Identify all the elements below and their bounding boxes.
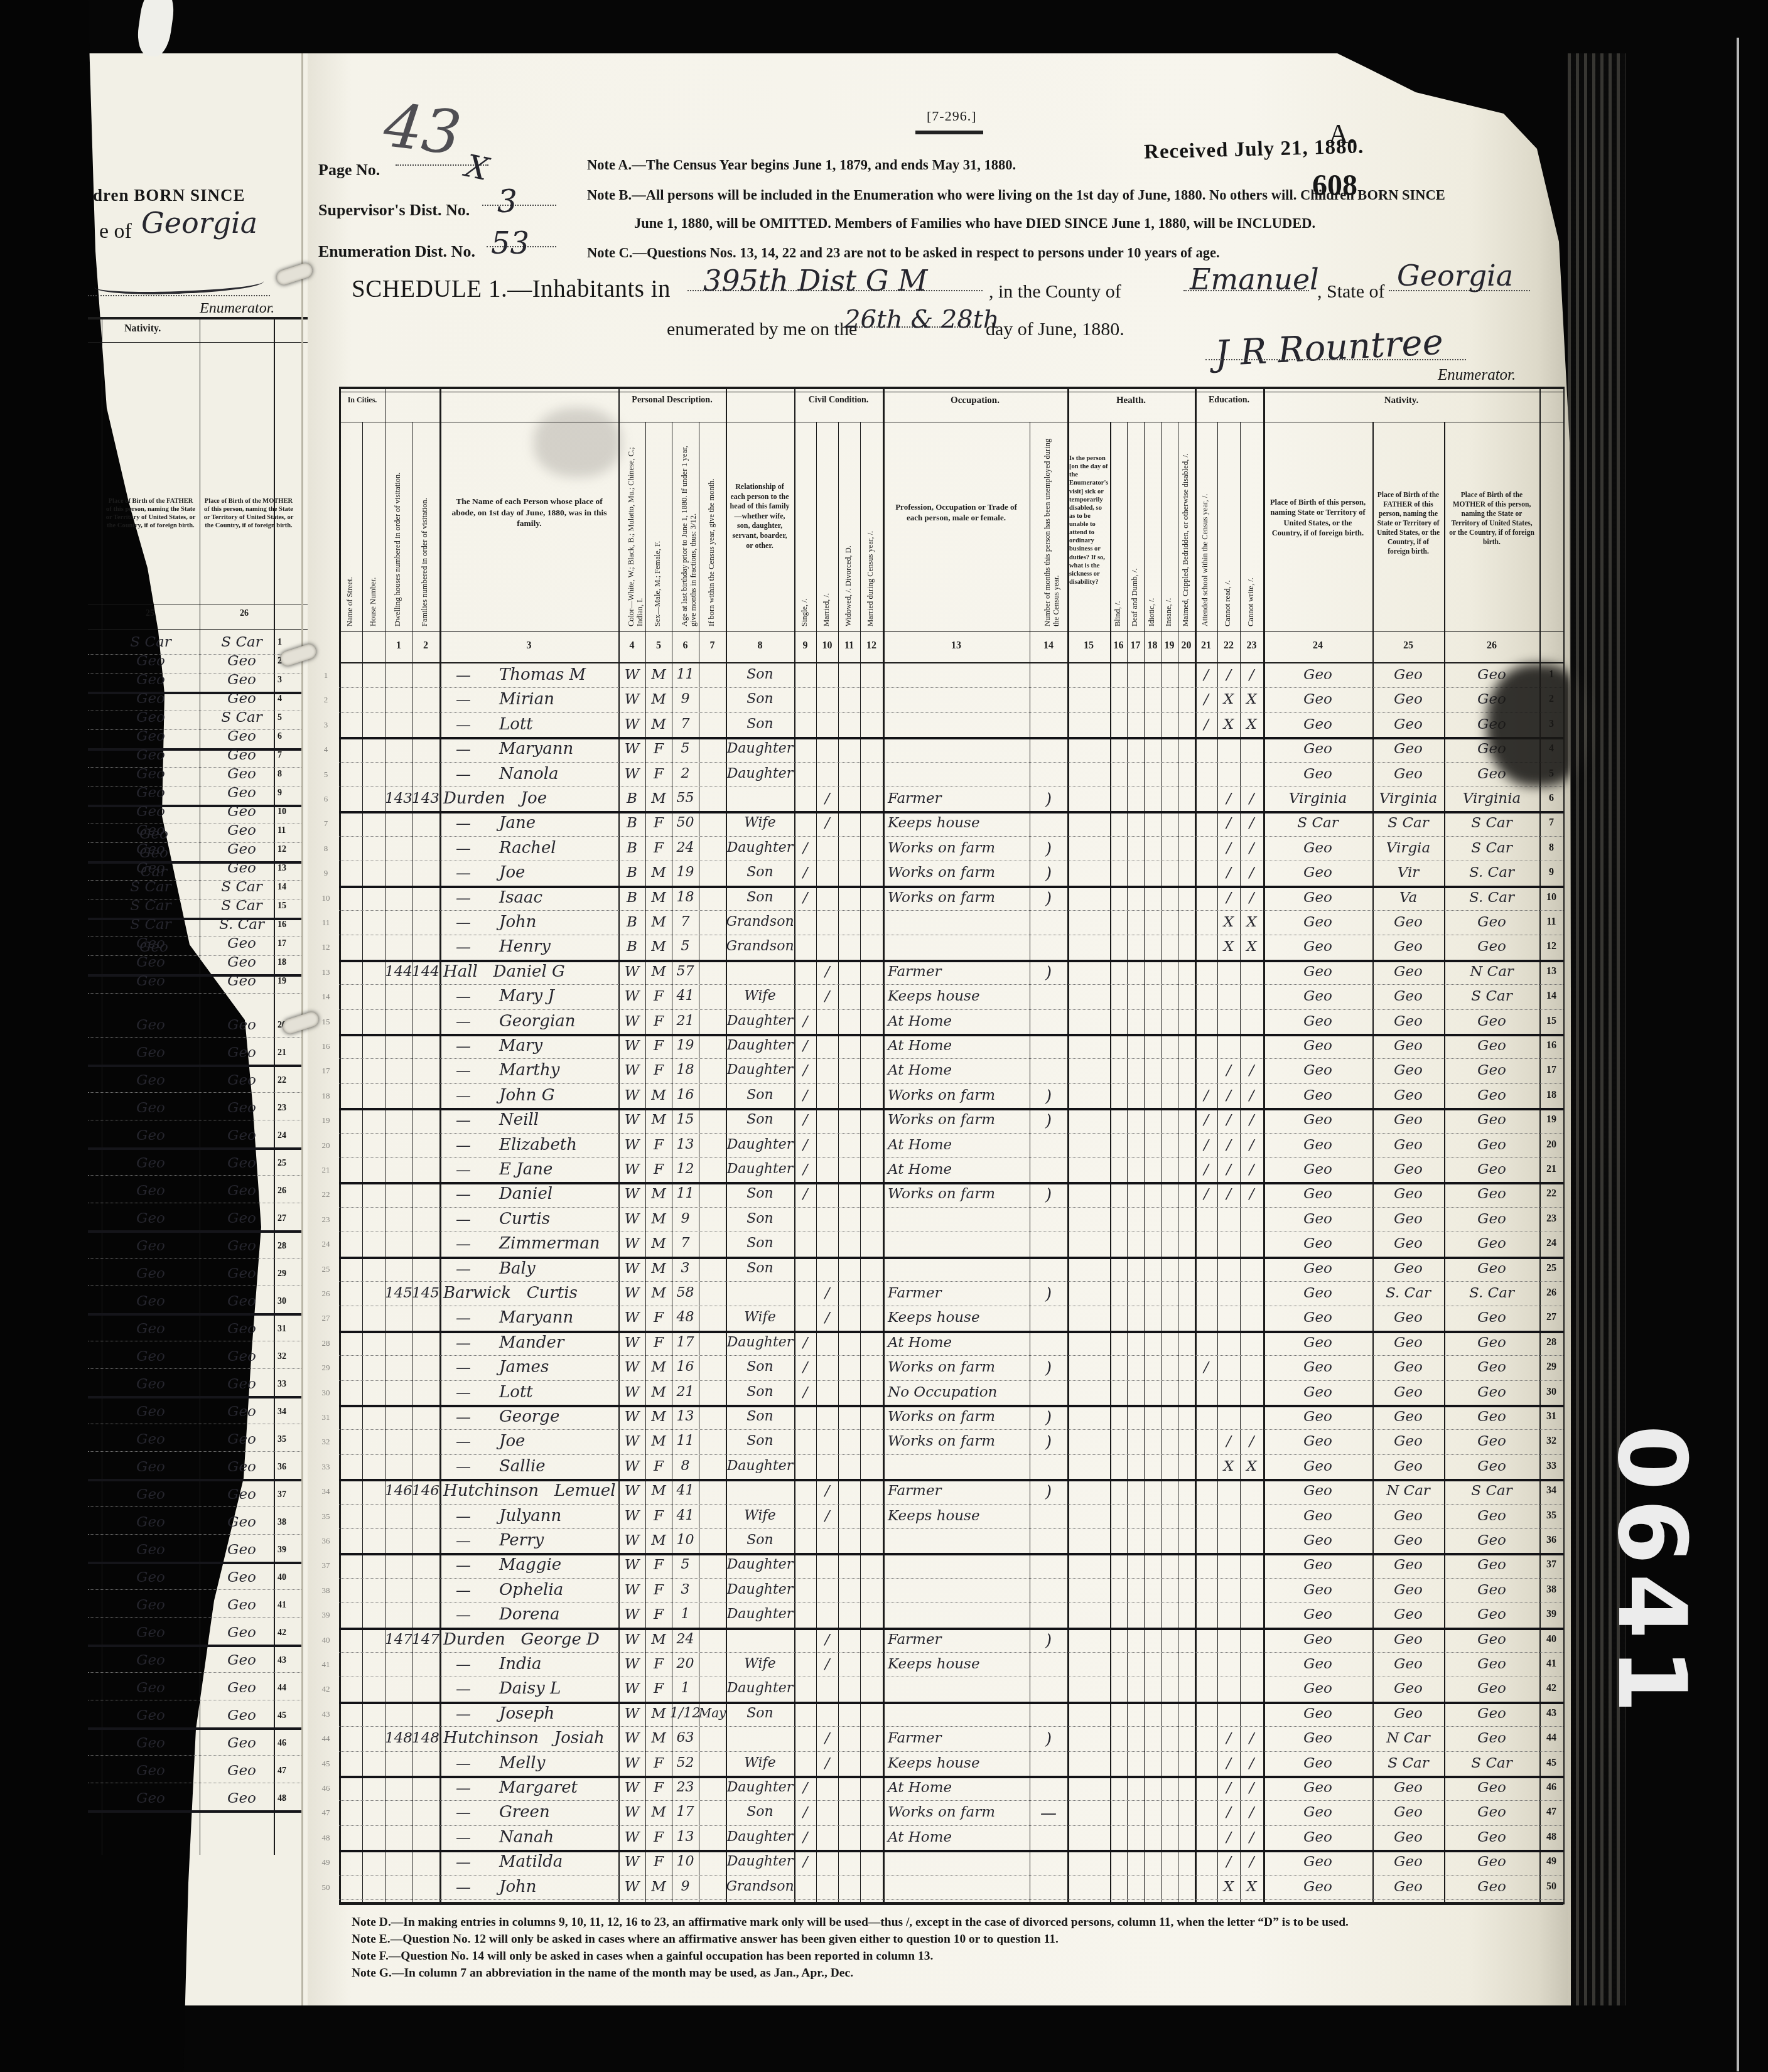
- cell-cannot-read: X: [1224, 716, 1234, 733]
- line-number-left: 22: [317, 1189, 335, 1200]
- cell-age: 50: [677, 815, 694, 830]
- left-line-number: 19: [278, 977, 286, 987]
- cell-cannot-read: /: [1226, 815, 1231, 831]
- line-number-left: 16: [317, 1041, 335, 1051]
- cell-cannot-write: X: [1246, 716, 1256, 733]
- column-number: 11: [838, 640, 860, 652]
- line-number-right: 6: [1539, 793, 1563, 804]
- cell-birthplace-father: Geo: [1394, 1631, 1423, 1648]
- row-separator: [339, 1800, 1563, 1801]
- cell-cannot-read: /: [1226, 1854, 1231, 1870]
- cell-name: Joseph: [499, 1704, 554, 1723]
- line-number-left: 26: [317, 1289, 335, 1299]
- cell-birthplace-mother: Geo: [1477, 914, 1506, 930]
- cell-sex: F: [654, 1334, 664, 1351]
- left-line-number: 42: [278, 1628, 286, 1638]
- cell-attended-school: /: [1204, 716, 1209, 733]
- column-header-c16: Blind, /.: [1113, 433, 1126, 626]
- cell-occupation: At Home: [888, 1829, 952, 1845]
- cell-relationship: Son: [747, 1260, 773, 1276]
- left-cell-father: Geo: [136, 1376, 165, 1392]
- left-cell-mother: Geo: [227, 653, 256, 669]
- left-row-separator: [88, 1120, 301, 1120]
- cell-name: Georgian: [499, 1012, 575, 1031]
- cell-married-mark: /: [825, 1285, 830, 1301]
- line-number-left: 45: [317, 1759, 335, 1769]
- column-header-c6: Age at last birthday prior to June 1, 18…: [680, 433, 693, 626]
- cell-birthplace-mother: Geo: [1477, 1656, 1506, 1672]
- cell-birthplace-mother: Geo: [1477, 1359, 1506, 1375]
- left-cell-mother: Geo: [227, 973, 256, 989]
- line-number-left: 10: [317, 893, 335, 903]
- cell-attended-school: /: [1204, 1087, 1209, 1103]
- cell-cannot-read: X: [1224, 938, 1234, 955]
- cell-cannot-read: /: [1226, 889, 1231, 906]
- left-line-number: 9: [278, 788, 282, 798]
- film-edge-line: [1737, 38, 1739, 2071]
- line-number-right: 32: [1539, 1436, 1563, 1447]
- cell-sex: M: [651, 1483, 666, 1499]
- cell-birthplace-person: Geo: [1303, 1359, 1332, 1375]
- left-line-number: 28: [278, 1242, 286, 1252]
- cell-sex: F: [654, 1755, 664, 1771]
- cell-relationship: Daughter: [727, 766, 794, 781]
- cell-unemployed-mark: ): [1045, 1730, 1052, 1749]
- cell-ditto-dash: —: [456, 1186, 471, 1203]
- left-cell-father: Geo: [136, 1155, 165, 1171]
- cell-name: Henry: [499, 937, 551, 956]
- left-cell-mother: Geo: [227, 1183, 256, 1199]
- cell-occupation: At Home: [888, 1779, 952, 1796]
- column-number: 14: [1030, 640, 1067, 652]
- left-row-separator: [88, 729, 301, 730]
- cell-age: 16: [677, 1359, 694, 1375]
- cell-birthplace-mother: Geo: [1477, 1606, 1506, 1623]
- left-cell-father: Geo: [136, 1321, 165, 1337]
- row-separator: [339, 1899, 1563, 1900]
- cell-birthplace-father: Geo: [1394, 1705, 1423, 1722]
- cell-birthplace-mother: S Car: [1471, 840, 1512, 856]
- line-number-right: 42: [1539, 1683, 1563, 1694]
- line-number-left: 38: [317, 1586, 335, 1596]
- cell-age: 1: [681, 1680, 690, 1696]
- left-line-number: 29: [278, 1269, 286, 1279]
- cell-name: John G: [499, 1086, 555, 1105]
- left-col25-number: 25: [146, 609, 154, 619]
- cell-color: W: [625, 1730, 640, 1746]
- cell-relationship: Daughter: [727, 1458, 794, 1474]
- left-cell-father: Geo: [136, 1210, 165, 1227]
- cell-occupation: Works on farm: [888, 864, 995, 881]
- left-cell-mother: Geo: [227, 1790, 256, 1806]
- cell-birthplace-mother: Geo: [1477, 1557, 1506, 1573]
- cell-occupation: Farmer: [888, 964, 942, 980]
- left-row-separator: [88, 1203, 301, 1203]
- line-number-right: 31: [1539, 1411, 1563, 1422]
- cell-unemployed-mark: ): [1045, 1186, 1052, 1205]
- cell-sex: M: [651, 1211, 666, 1227]
- cell-sex: F: [654, 1161, 664, 1178]
- cell-birthplace-father: Geo: [1394, 1112, 1423, 1128]
- cell-birthplace-person: Geo: [1303, 964, 1332, 980]
- group-header: Nativity.: [1263, 395, 1539, 406]
- enumeration-label: Enumeration Dist. No.: [318, 242, 475, 261]
- cell-birthplace-person: Geo: [1303, 1161, 1332, 1178]
- left-row-separator: [88, 1727, 301, 1730]
- left-cell-father: Geo: [136, 1486, 165, 1503]
- cell-cannot-read: /: [1226, 1779, 1231, 1796]
- column-header-c17: Deaf and Dumb, /.: [1130, 433, 1143, 626]
- cell-name: George: [499, 1407, 559, 1426]
- left-line-number: 35: [278, 1435, 286, 1445]
- cell-birthplace-father: S. Car: [1386, 1285, 1431, 1301]
- cell-name: Barwick Curtis: [443, 1284, 578, 1302]
- cell-color: W: [625, 1285, 640, 1301]
- table-vline: [1563, 387, 1565, 1904]
- column-header-c7: If born within the Census year, give the…: [707, 433, 720, 626]
- cell-birthplace-mother: Geo: [1477, 1260, 1506, 1277]
- cell-birthplace-person: Geo: [1303, 1013, 1332, 1029]
- left-cell-father: Geo: [136, 1597, 165, 1613]
- cell-color: B: [627, 938, 637, 955]
- cell-cannot-read: /: [1226, 1433, 1231, 1449]
- cell-birthplace-mother: S. Car: [1469, 1285, 1514, 1301]
- cell-age: 12: [677, 1161, 694, 1177]
- left-line-number: 17: [278, 939, 286, 949]
- cell-birthplace-mother: Geo: [1477, 1854, 1506, 1870]
- row-separator: [339, 836, 1563, 837]
- enumeration-value: 53: [491, 226, 529, 261]
- cell-relationship: Son: [747, 667, 773, 682]
- cell-occupation: Works on farm: [888, 1359, 995, 1375]
- cell-birthplace-father: Geo: [1394, 667, 1423, 683]
- cell-ditto-dash: —: [456, 1854, 471, 1871]
- left-cell-mother: S Car: [221, 898, 262, 914]
- left-line-number: 41: [278, 1601, 286, 1611]
- line-number-right: 19: [1539, 1114, 1563, 1125]
- cell-cannot-read: X: [1224, 691, 1234, 707]
- cell-occupation: Farmer: [888, 1483, 942, 1499]
- line-number-left: 9: [317, 868, 335, 878]
- line-number-left: 27: [317, 1313, 335, 1323]
- cell-single-mark: /: [803, 1779, 808, 1796]
- cell-relationship: Grandson: [726, 914, 794, 930]
- left-born-since: dren BORN SINCE: [93, 186, 245, 205]
- cell-birthplace-father: Geo: [1394, 1879, 1423, 1895]
- cell-sex: M: [651, 889, 666, 906]
- left-cell-father: Geo: [136, 1735, 165, 1751]
- cell-married-mark: /: [825, 964, 830, 980]
- column-header-c14: Number of months this person has been un…: [1043, 433, 1055, 626]
- left-line-number: 10: [278, 807, 286, 817]
- left-cell-father: Geo: [136, 1652, 165, 1668]
- left-cell-father: Geo: [136, 1569, 165, 1586]
- line-number-right: 33: [1539, 1461, 1563, 1472]
- footer-note: Note G.—In column 7 an abbreviation in t…: [352, 1967, 853, 1980]
- cell-name: Joe: [499, 863, 525, 882]
- left-cell-mother: Geo: [227, 1404, 256, 1420]
- cell-color: W: [625, 1804, 640, 1820]
- cell-attended-school: /: [1204, 1186, 1209, 1202]
- column-number: 4: [618, 640, 645, 652]
- column-number: 10: [816, 640, 838, 652]
- left-cell-father: Geo: [136, 1624, 165, 1641]
- line-number-left: 41: [317, 1660, 335, 1670]
- cell-unemployed-mark: ): [1045, 864, 1052, 883]
- cell-color: W: [625, 1186, 640, 1202]
- cell-single-mark: /: [803, 1804, 808, 1820]
- left-cell-mother: Geo: [227, 1763, 256, 1779]
- line-number-right: 7: [1539, 817, 1563, 829]
- left-cell-father: Geo: [136, 690, 165, 707]
- cell-single-mark: /: [803, 1013, 808, 1029]
- cell-birthplace-person: Geo: [1303, 988, 1332, 1004]
- column-header-street: Name of Street.: [345, 433, 358, 626]
- cell-birthplace-person: Geo: [1303, 1854, 1332, 1870]
- column-number: 2: [412, 640, 439, 652]
- page-no-handwritten: 43: [380, 90, 465, 169]
- cell-name: Green: [499, 1803, 550, 1822]
- cell-birthplace-mother: Geo: [1477, 1137, 1506, 1153]
- cell-name: Isaac: [499, 888, 542, 907]
- column-header-c15: Is the person [on the day of the Enumera…: [1069, 454, 1108, 586]
- cell-occupation: Works on farm: [888, 1186, 995, 1202]
- table-vline: [362, 422, 363, 1904]
- left-cell-father: Geo: [136, 785, 165, 801]
- cell-relationship: Son: [747, 1532, 773, 1548]
- cell-sex: M: [651, 1359, 666, 1375]
- cell-occupation: At Home: [888, 1013, 952, 1029]
- cell-birthplace-person: Geo: [1303, 1235, 1332, 1252]
- line-number-left: 34: [317, 1486, 335, 1496]
- footer-note: Note D.—In making entries in columns 9, …: [352, 1916, 1349, 1930]
- cell-relationship: Daughter: [727, 741, 794, 756]
- cell-ditto-dash: —: [456, 1137, 471, 1154]
- left-row-separator: [88, 1755, 301, 1756]
- cell-birthplace-mother: Geo: [1477, 1680, 1506, 1697]
- cell-name: Durden George D: [443, 1630, 600, 1649]
- line-number-right: 44: [1539, 1732, 1563, 1744]
- cell-sex: F: [654, 1582, 664, 1598]
- left-row-separator: [88, 1645, 301, 1647]
- left-cell-father: Geo: [136, 954, 165, 970]
- line-number-left: 18: [317, 1091, 335, 1101]
- cell-birthplace-person: Geo: [1303, 889, 1332, 906]
- cell-ditto-dash: —: [456, 1260, 471, 1278]
- column-number: 1: [385, 640, 412, 652]
- footer-note: Note F.—Question No. 14 will only be ask…: [352, 1950, 933, 1963]
- line-number-right: 37: [1539, 1559, 1563, 1570]
- cell-birthplace-mother: Geo: [1477, 1879, 1506, 1895]
- cell-birthplace-father: Vir: [1398, 864, 1420, 881]
- left-cell-father: Geo: [136, 1431, 165, 1447]
- cell-single-mark: /: [803, 1854, 808, 1870]
- cell-cannot-read: /: [1226, 1161, 1231, 1178]
- cell-color: W: [625, 1879, 640, 1895]
- line-number-left: 23: [317, 1215, 335, 1225]
- left-row-separator: [88, 654, 301, 655]
- line-number-right: 38: [1539, 1584, 1563, 1596]
- left-row-separator: [88, 1783, 301, 1783]
- cell-color: W: [625, 1631, 640, 1648]
- row-separator: [339, 1875, 1563, 1876]
- cell-color: W: [625, 1532, 640, 1549]
- left-cell-mother: Geo: [227, 1017, 256, 1033]
- column-header-c9: Single, /.: [800, 433, 812, 626]
- left-line-number: 4: [278, 694, 282, 704]
- cell-name: Daisy L: [499, 1679, 561, 1698]
- cell-relationship: Son: [747, 1087, 773, 1103]
- line-number-right: 40: [1539, 1634, 1563, 1645]
- cell-sex: M: [651, 1730, 666, 1746]
- cell-occupation: Farmer: [888, 1285, 942, 1301]
- cell-name: Mirian: [499, 690, 554, 709]
- cell-sex: M: [651, 1804, 666, 1820]
- cell-occupation: At Home: [888, 1334, 952, 1351]
- group-band-rule: [339, 422, 1563, 422]
- left-row-separator: [88, 1810, 301, 1813]
- cell-birthplace-father: Geo: [1394, 1804, 1423, 1820]
- cell-occupation: Keeps house: [888, 1309, 980, 1326]
- cell-name: James: [499, 1358, 549, 1377]
- left-cell-mother: Geo: [227, 1376, 256, 1392]
- column-number: 25: [1372, 640, 1444, 652]
- cell-birthplace-father: Geo: [1394, 1409, 1423, 1425]
- line-number-left: 47: [317, 1808, 335, 1818]
- line-number-left: 6: [317, 794, 335, 804]
- cell-age: 41: [677, 988, 694, 1004]
- left-line-number: 8: [278, 770, 282, 780]
- cell-relationship: Wife: [744, 815, 775, 830]
- cell-birthplace-father: Virginia: [1379, 790, 1438, 807]
- cell-name: Mary J: [499, 987, 554, 1006]
- left-cell-father: Geo: [136, 728, 165, 744]
- line-number-left: 17: [317, 1066, 335, 1076]
- line-number-right: 25: [1539, 1263, 1563, 1274]
- cell-name: Hutchinson Josiah: [443, 1729, 605, 1747]
- cell-age: 13: [677, 1409, 694, 1424]
- ink-smudge-small: [534, 408, 622, 477]
- cell-occupation: Farmer: [888, 1631, 942, 1648]
- line-number-left: 29: [317, 1363, 335, 1373]
- cell-ditto-dash: —: [456, 1458, 471, 1476]
- cell-birthplace-mother: Geo: [1477, 1211, 1506, 1227]
- column-header-c1: Dwelling houses numbered in order of vis…: [393, 433, 406, 626]
- cell-sex: M: [651, 914, 666, 930]
- cell-single-mark: /: [803, 1137, 808, 1153]
- cell-name: Margaret: [499, 1778, 578, 1797]
- cell-ditto-dash: —: [456, 1384, 471, 1402]
- cell-age: 10: [677, 1532, 694, 1548]
- cell-age: 11: [677, 1433, 694, 1449]
- cell-ditto-dash: —: [456, 667, 471, 684]
- cell-name: Matilda: [499, 1852, 563, 1871]
- cell-occupation: At Home: [888, 1137, 952, 1153]
- line-number-left: 43: [317, 1709, 335, 1719]
- cell-color: W: [625, 691, 640, 707]
- cell-birthplace-person: Geo: [1303, 1779, 1332, 1796]
- cell-relationship: Son: [747, 1705, 773, 1721]
- cell-age: 24: [677, 1631, 694, 1647]
- cell-birthplace-person: Geo: [1303, 1038, 1332, 1054]
- left-cell-mother: Geo: [227, 1238, 256, 1254]
- enumerator-label: Enumerator.: [1438, 367, 1516, 384]
- cell-color: W: [625, 1557, 640, 1573]
- cell-birthplace-mother: Geo: [1477, 1013, 1506, 1029]
- line-number-left: 13: [317, 967, 335, 977]
- left-cell-mother: Geo: [227, 1597, 256, 1613]
- cell-name: Thomas M: [499, 665, 586, 684]
- number-band-rule-top: [339, 631, 1563, 632]
- cell-age: 5: [681, 1557, 690, 1572]
- left-cell-father: Geo: [136, 803, 165, 820]
- cell-birthplace-person: Geo: [1303, 1582, 1332, 1598]
- cell-name: Hutchinson Lemuel: [443, 1481, 616, 1500]
- column-number: 6: [672, 640, 699, 652]
- column-number: 23: [1240, 640, 1263, 652]
- left-row-separator: [88, 937, 301, 937]
- cell-occupation: No Occupation: [888, 1384, 997, 1400]
- group-header: Occupation.: [883, 395, 1067, 406]
- cell-relationship: Son: [747, 1433, 773, 1449]
- group-header: Personal Description.: [618, 395, 726, 405]
- cell-color: W: [625, 1062, 640, 1078]
- left-row-separator: [88, 918, 301, 920]
- left-cell-father: Geo: [136, 1127, 165, 1144]
- left-cell-mother: Geo: [227, 1431, 256, 1447]
- cell-relationship: Son: [747, 1359, 773, 1375]
- cell-attended-school: /: [1204, 1359, 1209, 1375]
- cell-birthplace-person: Virginia: [1289, 790, 1347, 807]
- film-scratch: [135, 0, 177, 58]
- cell-color: W: [625, 1582, 640, 1598]
- cell-sex: M: [651, 1260, 666, 1277]
- cell-color: B: [627, 790, 637, 807]
- cell-birthplace-person: Geo: [1303, 741, 1332, 757]
- cell-birthplace-father: Geo: [1394, 1013, 1423, 1029]
- cell-relationship: Son: [747, 889, 773, 905]
- line-number-left: 40: [317, 1635, 335, 1645]
- cell-ditto-dash: —: [456, 1705, 471, 1723]
- cell-ditto-dash: —: [456, 1532, 471, 1550]
- cell-birthplace-mother: Geo: [1477, 1384, 1506, 1400]
- cell-sex: M: [651, 790, 666, 807]
- column-number: 9: [794, 640, 816, 652]
- cell-family-number: 146: [412, 1483, 439, 1499]
- cell-cannot-write: X: [1246, 1458, 1256, 1474]
- left-cell-father: Geo: [136, 1514, 165, 1530]
- left-cell-father: Geo: [136, 1790, 165, 1806]
- cell-sex: M: [651, 1631, 666, 1648]
- cell-married-mark: /: [825, 815, 830, 831]
- line-number-right: 49: [1539, 1856, 1563, 1867]
- cell-birthplace-father: Geo: [1394, 1433, 1423, 1449]
- left-row-separator: [88, 1341, 301, 1341]
- cell-cannot-write: /: [1249, 1087, 1254, 1103]
- cell-sex: F: [654, 1656, 664, 1672]
- cell-name: Jane: [499, 813, 536, 832]
- cell-birthplace-father: Geo: [1394, 1062, 1423, 1078]
- column-number: 7: [699, 640, 726, 652]
- cell-color: B: [627, 889, 637, 906]
- column-header-c23: Cannot write, /.: [1246, 433, 1259, 626]
- cell-cannot-write: X: [1246, 914, 1256, 930]
- column-header-c22: Cannot read, /.: [1223, 433, 1236, 626]
- cell-cannot-read: /: [1226, 790, 1231, 807]
- cell-name: John: [499, 913, 537, 931]
- county-value: Emanuel: [1190, 262, 1319, 296]
- left-state-fragment: e of: [99, 220, 132, 244]
